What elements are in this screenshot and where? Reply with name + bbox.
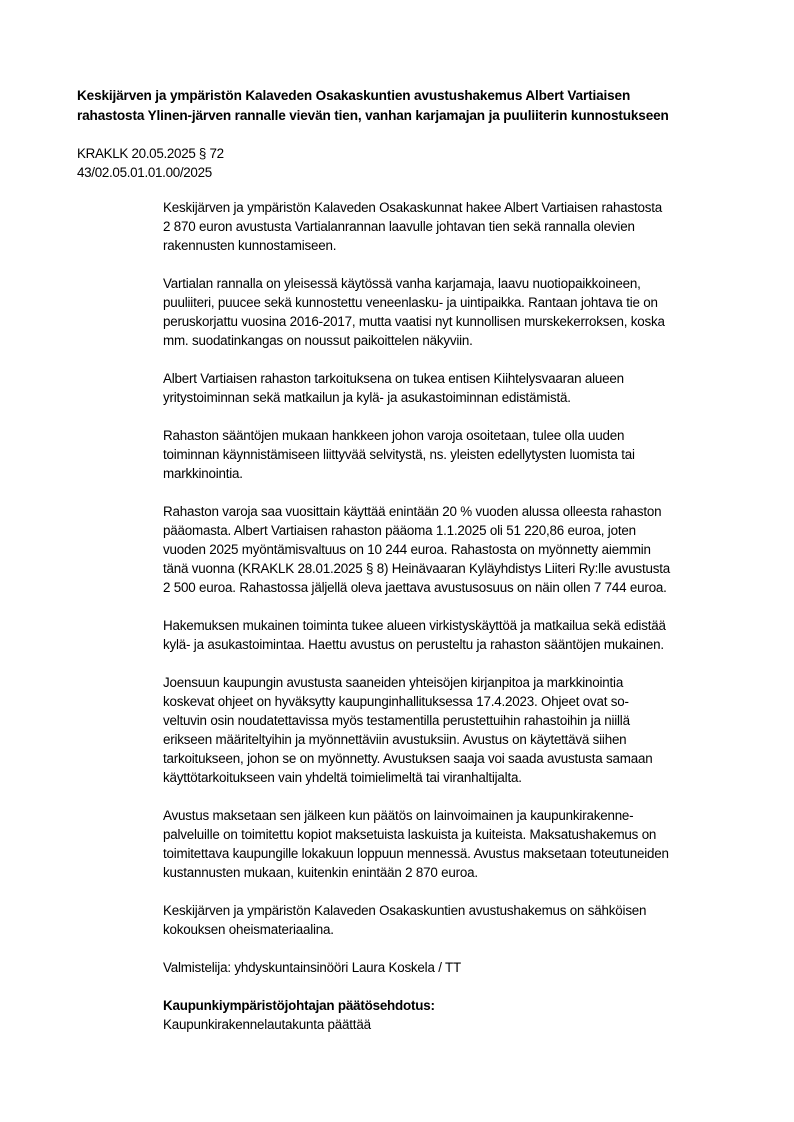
paragraph-line: tänä vuonna (KRAKLK 28.01.2025 § 8) Hein…: [163, 559, 753, 578]
paragraph-line: koskevat ohjeet on hyväksytty kaupunginh…: [163, 692, 753, 711]
paragraph-line: veltuvin osin noudatettavissa myös testa…: [163, 711, 753, 730]
meeting-reference: KRAKLK 20.05.2025 § 72: [77, 144, 224, 163]
document-page: Keskijärven ja ympäristön Kalaveden Osak…: [0, 0, 794, 1122]
body-paragraph: Albert Vartiaisen rahaston tarkoituksena…: [163, 369, 753, 407]
paragraph-line: toiminnan käynnistämiseen liittyvää selv…: [163, 445, 753, 464]
body-paragraph: Valmistelija: yhdyskuntainsinööri Laura …: [163, 958, 753, 977]
paragraph-line: Hakemuksen mukainen toiminta tukee aluee…: [163, 616, 753, 635]
paragraph-line: puuliiteri, puucee sekä kunnostettu vene…: [163, 293, 753, 312]
paragraph-line: vuoden 2025 myöntämisvaltuus on 10 244 e…: [163, 540, 753, 559]
paragraph-line: Vartialan rannalla on yleisessä käytössä…: [163, 274, 753, 293]
paragraph-line: toimitettava kaupungille lokakuun loppuu…: [163, 844, 753, 863]
paragraph-line: kokouksen oheismateriaalina.: [163, 920, 753, 939]
paragraph-line: palveluille on toimitettu kopiot maksetu…: [163, 825, 753, 844]
paragraph-line: 2 500 euroa. Rahastossa jäljellä oleva j…: [163, 578, 753, 597]
paragraph-line: mm. suodatinkangas on noussut paikoittel…: [163, 331, 753, 350]
paragraph-line: Rahaston sääntöjen mukaan hankkeen johon…: [163, 426, 753, 445]
paragraph-line: Avustus maksetaan sen jälkeen kun päätös…: [163, 806, 753, 825]
paragraph-line: kustannusten mukaan, kuitenkin enintään …: [163, 863, 753, 882]
body-paragraph: Keskijärven ja ympäristön Kalaveden Osak…: [163, 901, 753, 939]
paragraph-line: yritystoiminnan sekä matkailun ja kylä- …: [163, 388, 753, 407]
paragraph-line: Valmistelija: yhdyskuntainsinööri Laura …: [163, 958, 753, 977]
document-meta: KRAKLK 20.05.2025 § 72 43/02.05.01.01.00…: [77, 144, 224, 182]
paragraph-line: pääomasta. Albert Vartiaisen rahaston pä…: [163, 521, 753, 540]
paragraph-line: Joensuun kaupungin avustusta saaneiden y…: [163, 673, 753, 692]
body-paragraph: Hakemuksen mukainen toiminta tukee aluee…: [163, 616, 753, 654]
proposal-text: Kaupunkirakennelautakunta päättää: [163, 1015, 753, 1034]
record-id: 43/02.05.01.01.00/2025: [77, 163, 224, 182]
paragraph-line: Rahaston varoja saa vuosittain käyttää e…: [163, 502, 753, 521]
body-paragraph: Avustus maksetaan sen jälkeen kun päätös…: [163, 806, 753, 882]
paragraph-line: käyttötarkoitukseen vain yhdeltä toimiel…: [163, 768, 753, 787]
proposal-heading: Kaupunkiympäristöjohtajan päätösehdotus:: [163, 996, 753, 1015]
paragraph-line: Keskijärven ja ympäristön Kalaveden Osak…: [163, 198, 753, 217]
body-paragraph: Rahaston sääntöjen mukaan hankkeen johon…: [163, 426, 753, 483]
paragraph-line: kylä- ja asukastoimintaa. Haettu avustus…: [163, 635, 753, 654]
paragraph-line: peruskorjattu vuosina 2016-2017, mutta v…: [163, 312, 753, 331]
title-line: rahastosta Ylinen-järven rannalle vievän…: [77, 106, 757, 126]
body-paragraph: Rahaston varoja saa vuosittain käyttää e…: [163, 502, 753, 597]
paragraph-line: erikseen määriteltyihin ja myönnettäviin…: [163, 730, 753, 749]
paragraph-line: Keskijärven ja ympäristön Kalaveden Osak…: [163, 901, 753, 920]
document-title: Keskijärven ja ympäristön Kalaveden Osak…: [77, 86, 757, 126]
title-line: Keskijärven ja ympäristön Kalaveden Osak…: [77, 86, 757, 106]
paragraph-line: Albert Vartiaisen rahaston tarkoituksena…: [163, 369, 753, 388]
paragraph-line: markkinointia.: [163, 464, 753, 483]
body-paragraph: Joensuun kaupungin avustusta saaneiden y…: [163, 673, 753, 787]
paragraph-line: tarkoitukseen, johon se on myönnetty. Av…: [163, 749, 753, 768]
paragraph-line: rakennusten kunnostamiseen.: [163, 236, 753, 255]
body-paragraph: Keskijärven ja ympäristön Kalaveden Osak…: [163, 198, 753, 255]
document-body: Keskijärven ja ympäristön Kalaveden Osak…: [163, 198, 753, 1034]
body-paragraph: Vartialan rannalla on yleisessä käytössä…: [163, 274, 753, 350]
paragraph-line: 2 870 euron avustusta Vartialanrannan la…: [163, 217, 753, 236]
